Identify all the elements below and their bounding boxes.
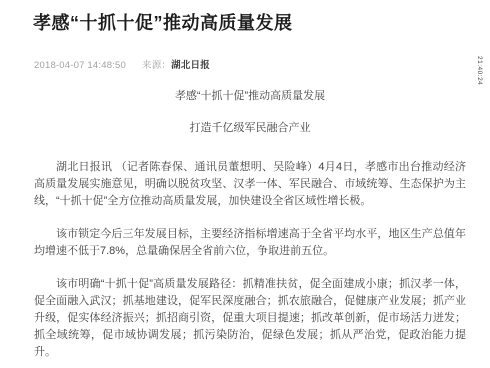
article-paragraph-2: 该市锁定今后三年发展目标，主要经济指标增速高于全省平均水平，地区生产总值年均增速… (34, 226, 466, 260)
source-label: 来源： (142, 60, 171, 71)
article-body: 孝感“十抓十促”推动高质量发展 打造千亿级军民融合产业 湖北日报讯 （记者陈春保… (34, 88, 466, 361)
publish-datetime: 2018-04-07 14:48:50 (34, 60, 126, 71)
article-meta: 2018-04-07 14:48:50来源：湖北日报 (34, 59, 490, 72)
article-paragraph-3: 该市明确“十抓十促”高质量发展路径：抓精准扶贫，促全面建成小康；抓汉孝一体，促全… (34, 276, 466, 361)
article-subtitle-1: 孝感“十抓十促”推动高质量发展 (34, 88, 466, 105)
article-subtitle-2: 打造千亿级军民融合产业 (34, 120, 466, 137)
source-name: 湖北日报 (171, 60, 210, 71)
article-paragraph-1: 湖北日报讯 （记者陈春保、通讯员董想明、吴险峰）4月4日，孝感市出台推动经济高质… (34, 159, 466, 210)
vertical-timestamp: 21:40:24 (476, 56, 483, 85)
article-page: 孝感“十抓十促”推动高质量发展 2018-04-07 14:48:50来源：湖北… (0, 0, 490, 368)
page-title: 孝感“十抓十促”推动高质量发展 (0, 0, 490, 34)
